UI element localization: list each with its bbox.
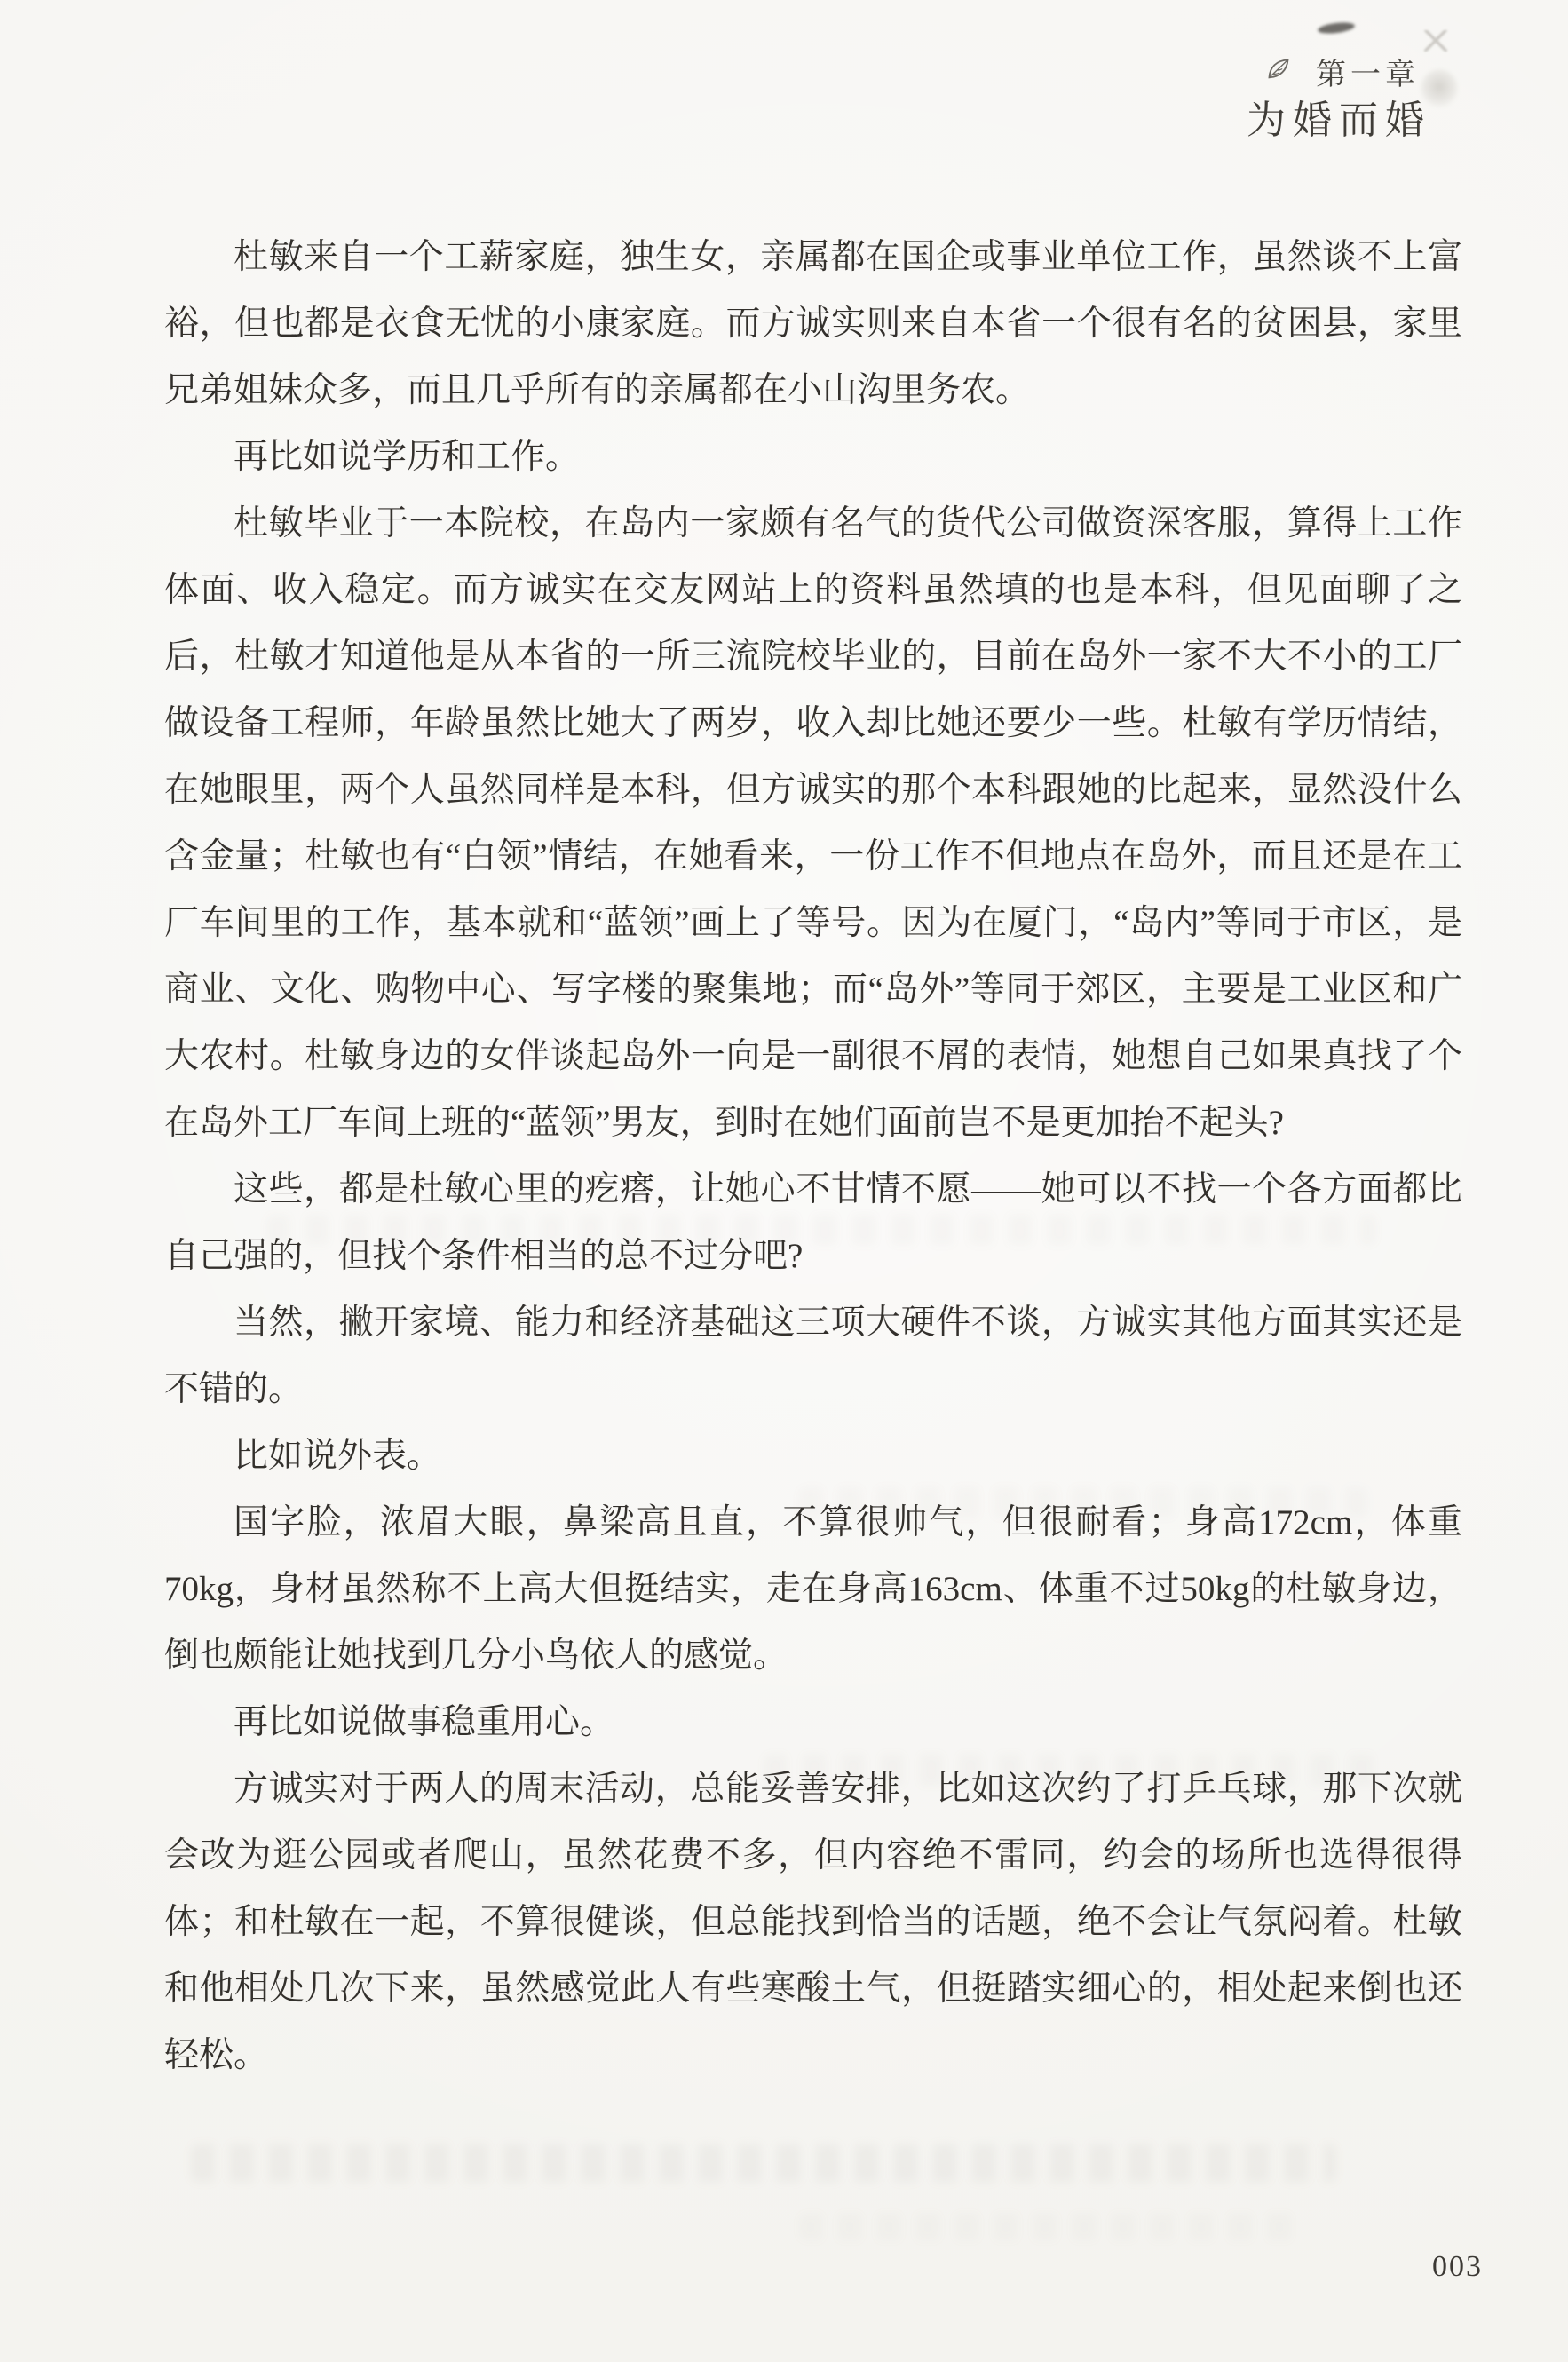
paragraph: 杜敏来自一个工薪家庭，独生女，亲属都在国企或事业单位工作，虽然谈不上富裕，但也都…	[164, 224, 1462, 424]
paragraph: 当然，撇开家境、能力和经济基础这三项大硬件不谈，方诚实其他方面其实还是不错的。	[164, 1289, 1462, 1423]
chapter-label: 第一章	[1316, 50, 1420, 93]
chapter-title: 为婚而婚	[1247, 88, 1431, 145]
paragraph: 国字脸，浓眉大眼，鼻梁高且直，不算很帅气，但很耐看；身高172cm，体重70kg…	[164, 1489, 1462, 1689]
leaf-ornament-icon	[1266, 57, 1291, 82]
paragraph: 再比如说做事稳重用心。	[164, 1689, 1462, 1756]
paragraph: 再比如说学历和工作。	[164, 424, 1462, 490]
bleedthrough-artifact	[191, 2144, 1336, 2182]
chapter-header: 第一章 为婚而婚	[0, 0, 1568, 151]
paragraph: 这些，都是杜敏心里的疙瘩，让她心不甘情不愿——她可以不找一个各方面都比自己强的，…	[164, 1156, 1462, 1289]
bleedthrough-artifact	[799, 2214, 1296, 2240]
paragraph: 杜敏毕业于一本院校，在岛内一家颇有名气的货代公司做资深客服，算得上工作体面、收入…	[164, 490, 1462, 1156]
body-text: 杜敏来自一个工薪家庭，独生女，亲属都在国企或事业单位工作，虽然谈不上富裕，但也都…	[164, 224, 1462, 2089]
book-page: 第一章 为婚而婚 杜敏来自一个工薪家庭，独生女，亲属都在国企或事业单位工作，虽然…	[0, 0, 1568, 2362]
page-number: 003	[1432, 2250, 1483, 2284]
paragraph: 方诚实对于两人的周末活动，总能妥善安排，比如这次约了打乒乓球，那下次就会改为逛公…	[164, 1756, 1462, 2089]
paragraph: 比如说外表。	[164, 1423, 1462, 1489]
